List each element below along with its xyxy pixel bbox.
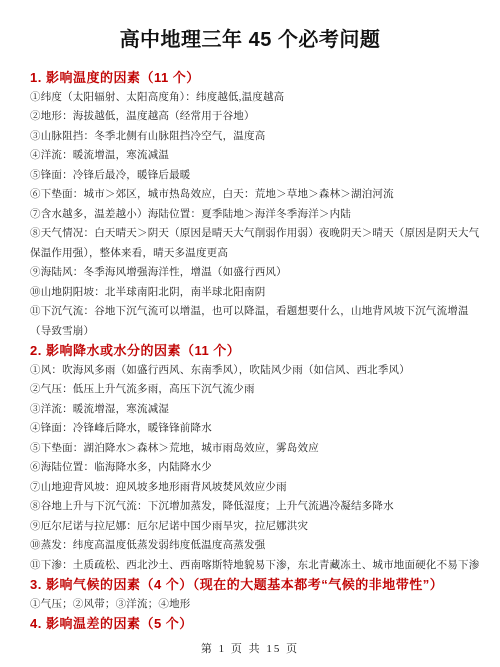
list-item: ⑦山地迎背风坡：迎风坡多地形雨背风坡焚风效应少雨	[30, 478, 480, 498]
list-item: ②气压：低压上升气流多雨，高压下沉气流少雨	[30, 380, 480, 400]
list-item: ⑨厄尔尼诺与拉尼娜：厄尔尼诺中国少雨旱灾，拉尼娜洪灾	[30, 517, 480, 537]
list-item: ⑦含水越多，温差越小）海陆位置：夏季陆地＞海洋冬季海洋＞内陆	[30, 205, 480, 225]
list-item: ⑤下垫面：湖泊降水＞森林＞荒地，城市雨岛效应，雾岛效应	[30, 439, 480, 459]
list-item: ⑧谷地上升与下沉气流：下沉增加蒸发，降低湿度；上升气流遇冷凝结多降水	[30, 497, 480, 517]
section-temperature-factors: 1. 影响温度的因素（11 个） ①纬度（太阳辐射、太阳高度角）：纬度越低,温度…	[30, 68, 480, 341]
document-page: 高中地理三年 45 个必考问题 1. 影响温度的因素（11 个） ①纬度（太阳辐…	[0, 0, 500, 634]
section-climate-factors: 3. 影响气候的因素（4 个）（现在的大题基本都考“气候的非地带性”） ①气压；…	[30, 575, 480, 614]
section-heading: 3. 影响气候的因素（4 个）（现在的大题基本都考“气候的非地带性”）	[30, 575, 480, 595]
list-item: ⑩蒸发：纬度高温度低蒸发弱纬度低温度高蒸发强	[30, 536, 480, 556]
list-item: ⑪下渗：土质疏松、西北沙土、西南喀斯特地貌易下渗，东北青藏冻土、城市地面硬化不易…	[30, 556, 480, 576]
list-item: ③山脉阻挡：冬季北侧有山脉阻挡冷空气，温度高	[30, 127, 480, 147]
page-number-footer: 第 1 页 共 15 页	[0, 640, 500, 656]
section-temperature-range-factors: 4. 影响温差的因素（5 个）	[30, 614, 480, 634]
section-heading: 2. 影响降水或水分的因素（11 个）	[30, 341, 480, 361]
list-item: ④锋面：冷锋峰后降水，暖锋锋前降水	[30, 419, 480, 439]
list-item: ②地形：海拔越低，温度越高（经常用于谷地）	[30, 107, 480, 127]
list-item: ⑥下垫面：城市＞郊区，城市热岛效应，白天：荒地＞草地＞森林＞湖泊河流	[30, 185, 480, 205]
list-item: ③洋流：暖流增湿，寒流减湿	[30, 400, 480, 420]
list-item: ①风：吹海风多雨（如盛行西风、东南季风），吹陆风少雨（如信风、西北季风）	[30, 361, 480, 381]
section-heading: 1. 影响温度的因素（11 个）	[30, 68, 480, 88]
section-heading: 4. 影响温差的因素（5 个）	[30, 614, 480, 634]
list-item: ④洋流：暖流增温，寒流减温	[30, 146, 480, 166]
list-item: ⑨海陆风：冬季海风增强海洋性，增温（如盛行西风）	[30, 263, 480, 283]
list-item: ⑩山地阴阳坡：北半球南阳北阴，南半球北阳南阴	[30, 283, 480, 303]
section-precipitation-factors: 2. 影响降水或水分的因素（11 个） ①风：吹海风多雨（如盛行西风、东南季风）…	[30, 341, 480, 575]
page-title: 高中地理三年 45 个必考问题	[30, 24, 470, 56]
list-item: ⑧天气情况：白天晴天＞阴天（原因是晴天大气削弱作用弱）夜晚阴天＞晴天（原因是阴天…	[30, 224, 480, 263]
list-item: ⑥海陆位置：临海降水多，内陆降水少	[30, 458, 480, 478]
list-item: ①气压；②风带；③洋流；④地形	[30, 595, 480, 615]
list-item: ⑤锋面：冷锋后最冷，暖锋后最暖	[30, 166, 480, 186]
list-item: ①纬度（太阳辐射、太阳高度角）：纬度越低,温度越高	[30, 88, 480, 108]
list-item: ⑪下沉气流：谷地下沉气流可以增温，也可以降温，看题想要什么，山地背风坡下沉气流增…	[30, 302, 480, 341]
